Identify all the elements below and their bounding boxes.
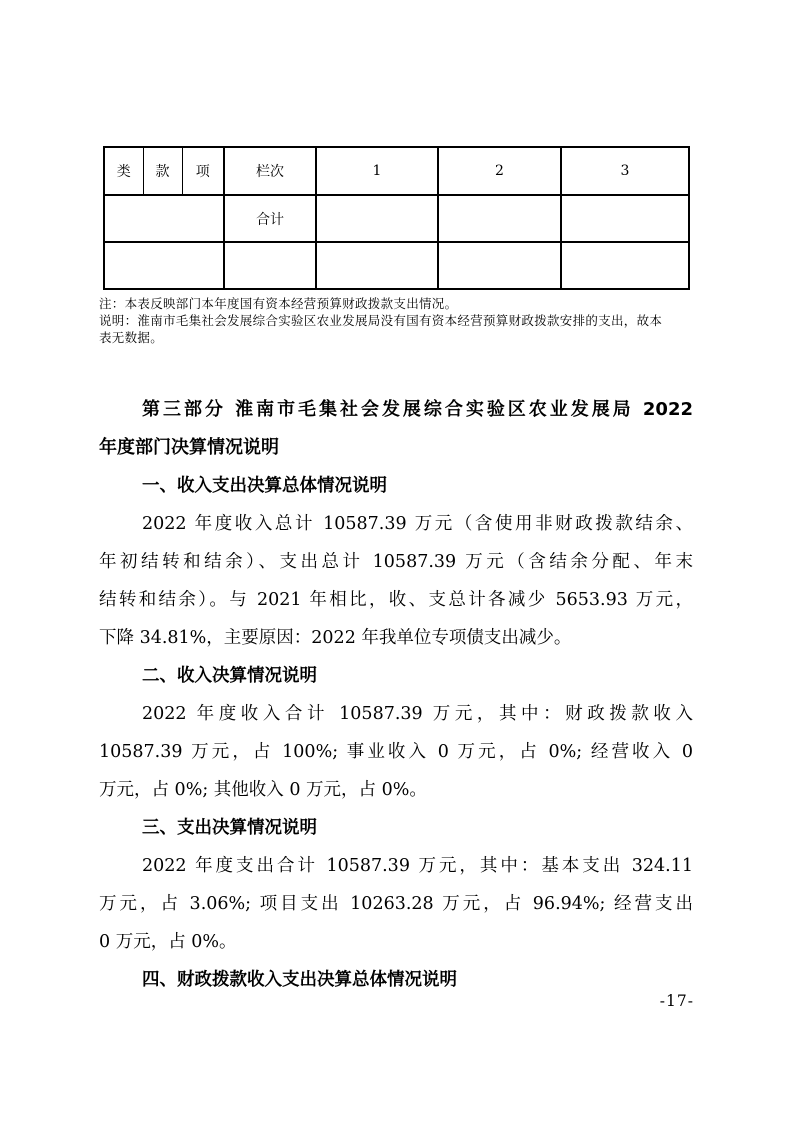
paragraph-income-statement: 2022 年度收入合计 10587.39 万元，其中：财政拨款收入 10587.… xyxy=(99,695,693,809)
table-cell-value xyxy=(438,195,561,242)
table-header-col2: 2 xyxy=(438,147,561,195)
document-page: 类 款 项 栏次 1 2 3 合计 xyxy=(0,0,793,1122)
paragraph-line: 2022 年度支出合计 10587.39 万元，其中：基本支出 324.11 xyxy=(99,847,693,885)
table-cell-total-label: 合计 xyxy=(224,195,316,242)
page-content: 类 款 项 栏次 1 2 3 合计 xyxy=(99,0,693,999)
paragraph-line: 年初结转和结余）、支出总计 10587.39 万元（含结余分配、年末 xyxy=(99,543,693,581)
paragraph-line: 万元，占 3.06%; 项目支出 10263.28 万元，占 96.94%; 经… xyxy=(99,885,693,923)
page-number: -17- xyxy=(660,992,694,1010)
paragraph-line: 万元，占 0%; 其他收入 0 万元，占 0%。 xyxy=(99,771,693,809)
table-cell-label xyxy=(224,242,316,289)
table-cell-value xyxy=(438,242,561,289)
table-note: 注：本表反映部门本年度国有资本经营预算财政拨款支出情况。 xyxy=(99,295,693,312)
table-cell-category-group xyxy=(104,195,224,242)
table-cell-value xyxy=(561,242,689,289)
paragraph-income-expense-overview: 2022 年度收入总计 10587.39 万元（含使用非财政拨款结余、 年初结转… xyxy=(99,505,693,657)
table-notes: 注：本表反映部门本年度国有资本经营预算财政拨款支出情况。 说明：淮南市毛集社会发… xyxy=(99,295,693,347)
table-header-xiang: 项 xyxy=(182,147,224,195)
part3-title-line1: 第三部分 淮南市毛集社会发展综合实验区农业发展局 2022 xyxy=(99,391,693,429)
heading-income-statement: 二、收入决算情况说明 xyxy=(99,657,693,695)
table-cell-value xyxy=(316,242,438,289)
table-row-empty xyxy=(104,242,689,289)
heading-income-expense-overview: 一、收入支出决算总体情况说明 xyxy=(99,467,693,505)
table-cell-value xyxy=(316,195,438,242)
table-header-lanci: 栏次 xyxy=(224,147,316,195)
table-cell-value xyxy=(561,195,689,242)
heading-fiscal-appropriation-overview: 四、财政拨款收入支出决算总体情况说明 xyxy=(99,961,693,999)
table-cell-category-group xyxy=(104,242,224,289)
paragraph-line: 下降 34.81%，主要原因：2022 年我单位专项债支出减少。 xyxy=(99,619,693,657)
table-header-col1: 1 xyxy=(316,147,438,195)
paragraph-line: 2022 年度收入总计 10587.39 万元（含使用非财政拨款结余、 xyxy=(99,505,693,543)
table-header-kuan: 款 xyxy=(143,147,182,195)
paragraph-line: 0 万元，占 0%。 xyxy=(99,923,693,961)
paragraph-line: 结转和结余）。与 2021 年相比，收、支总计各减少 5653.93 万元， xyxy=(99,581,693,619)
table-explanation-line2: 表无数据。 xyxy=(99,329,693,346)
paragraph-line: 2022 年度收入合计 10587.39 万元，其中：财政拨款收入 xyxy=(99,695,693,733)
part3-title-line2: 年度部门决算情况说明 xyxy=(99,429,693,467)
state-capital-budget-expense-table: 类 款 项 栏次 1 2 3 合计 xyxy=(103,146,690,290)
heading-expense-statement: 三、支出决算情况说明 xyxy=(99,809,693,847)
paragraph-line: 10587.39 万元，占 100%; 事业收入 0 万元，占 0%; 经营收入… xyxy=(99,733,693,771)
table-explanation-line1: 说明：淮南市毛集社会发展综合实验区农业发展局没有国有资本经营预算财政拨款安排的支… xyxy=(99,312,693,329)
part3-title: 第三部分 淮南市毛集社会发展综合实验区农业发展局 2022 年度部门决算情况说明 xyxy=(99,391,693,467)
table-header-row: 类 款 项 栏次 1 2 3 xyxy=(104,147,689,195)
paragraph-expense-statement: 2022 年度支出合计 10587.39 万元，其中：基本支出 324.11 万… xyxy=(99,847,693,961)
table-row-total: 合计 xyxy=(104,195,689,242)
table-header-lei: 类 xyxy=(104,147,143,195)
table-header-col3: 3 xyxy=(561,147,689,195)
